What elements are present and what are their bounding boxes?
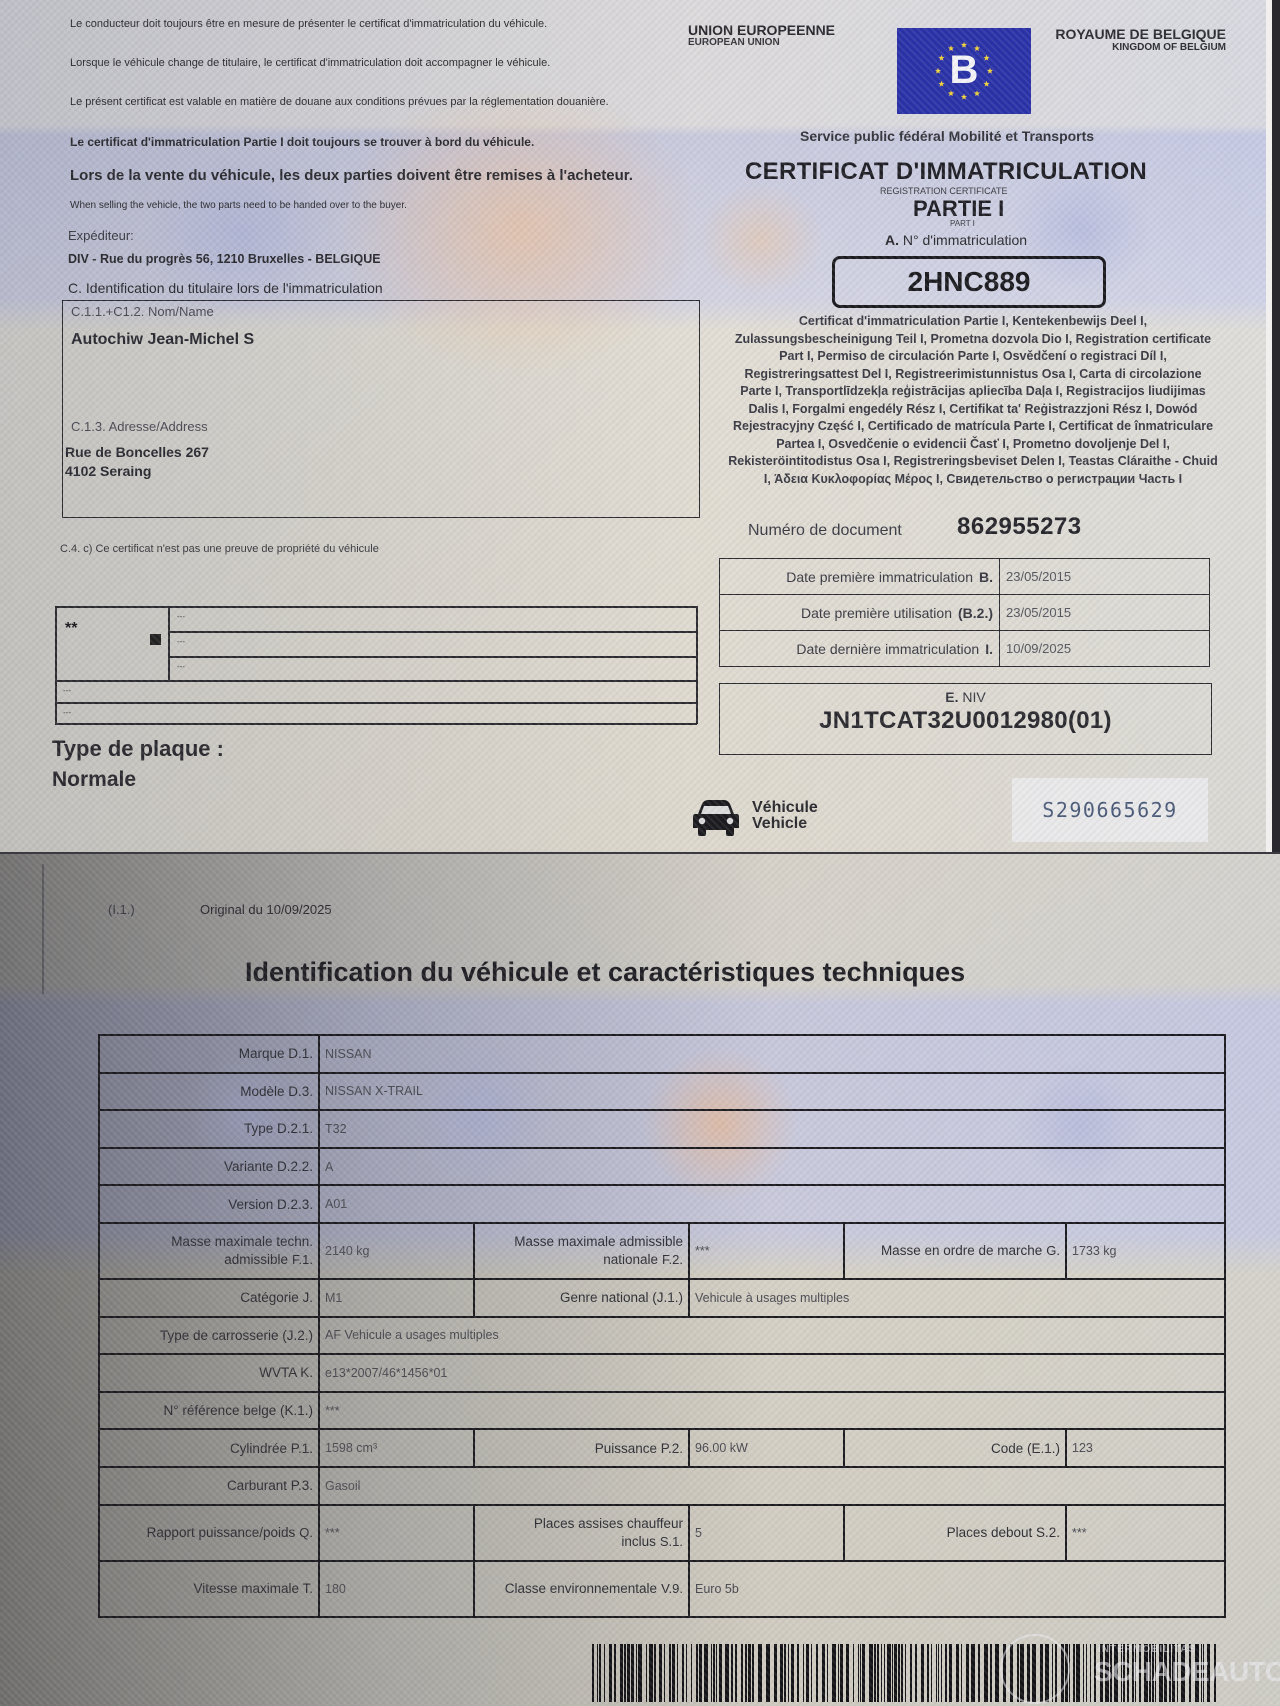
mass-running-value: 1733 kg xyxy=(1066,1223,1225,1279)
seats-value: 5 xyxy=(689,1505,844,1561)
power-weight-label: Rapport puissance/poidsQ. xyxy=(99,1505,319,1561)
issuing-service: Service public fédéral Mobilité et Trans… xyxy=(800,128,1094,144)
original-date: Original du 10/09/2025 xyxy=(200,902,332,917)
holder-address-label: C.1.3. Adresse/Address xyxy=(71,419,208,434)
grid-dash: --- xyxy=(177,612,185,621)
table-row: Marque D.1. NISSAN xyxy=(99,1035,1225,1073)
date-value: 10/09/2025 xyxy=(1000,631,1210,667)
date-label: Date dernière immatriculationI. xyxy=(720,631,1000,667)
date-label: Date première utilisation(B.2.) xyxy=(720,595,1000,631)
fuel-label: Carburant P.3. xyxy=(99,1467,319,1505)
type-value: T32 xyxy=(319,1110,1225,1148)
registration-plate-number: 2HNC889 xyxy=(832,256,1106,308)
date-value: 23/05/2015 xyxy=(1000,559,1210,595)
model-value: NISSAN X-TRAIL xyxy=(319,1073,1225,1111)
ownership-note: C.4. c) Ce certificat n'est pas une preu… xyxy=(60,543,379,555)
make-label: Marque D.1. xyxy=(99,1035,319,1073)
holder-box: C.1.1.+C1.2. Nom/Name Autochiw Jean-Mich… xyxy=(62,300,700,518)
max-speed-value: 180 xyxy=(319,1561,474,1617)
power-value: 96.00 kW xyxy=(689,1429,844,1467)
document-number-label: Numéro de document xyxy=(748,522,902,540)
date-value: 23/05/2015 xyxy=(1000,595,1210,631)
address-line2: 4102 Seraing xyxy=(65,462,209,481)
kingdom-header: ROYAUME DE BELGIQUE KINGDOM OF BELGIUM xyxy=(1055,26,1226,53)
annotation-grid: ** --- --- --- --- --- xyxy=(55,606,697,724)
grid-dash: --- xyxy=(63,686,71,695)
genre-label: Genre national (J.1.) xyxy=(474,1279,689,1317)
watermark-tag: INTERMOBILITAS xyxy=(1098,1644,1196,1655)
genre-value: Vehicule à usages multiples xyxy=(689,1279,1225,1317)
mass-tech-value: 2140 kg xyxy=(319,1223,474,1279)
standing-value: *** xyxy=(1066,1505,1225,1561)
plate-type-label: Type de plaque : xyxy=(52,736,224,762)
certificate-subtitle: REGISTRATION CERTIFICATE xyxy=(880,186,1008,196)
table-row: Vitesse maximale T. 180 Classe environne… xyxy=(99,1561,1225,1617)
date-row: Date dernière immatriculationI. 10/09/20… xyxy=(720,631,1210,667)
side-divider xyxy=(42,864,44,994)
eu-title: UNION EUROPEENNE xyxy=(688,22,835,38)
standing-label: Places debout S.2. xyxy=(844,1505,1066,1561)
technical-characteristics-sheet: (I.1.) Original du 10/09/2025 Identifica… xyxy=(0,852,1280,1706)
notice-sale-en: When selling the vehicle, the two parts … xyxy=(70,200,630,212)
body-type-label: Type de carrosserie (J.2.) xyxy=(99,1317,319,1355)
table-row: Version D.2.3. A01 xyxy=(99,1185,1225,1223)
holder-section-title: C. Identification du titulaire lors de l… xyxy=(68,280,383,296)
variant-value: A xyxy=(319,1148,1225,1186)
vin-box: E. NIV JN1TCAT32U0012980(01) xyxy=(719,683,1212,755)
car-icon xyxy=(692,798,740,838)
globe-icon xyxy=(1000,1634,1070,1704)
holder-name: Autochiw Jean-Michel S xyxy=(71,331,254,349)
vin-value: JN1TCAT32U0012980(01) xyxy=(720,707,1211,735)
variant-label: Variante D.2.2. xyxy=(99,1148,319,1186)
eu-subtitle: EUROPEAN UNION xyxy=(688,37,780,48)
holder-name-label: C.1.1.+C1.2. Nom/Name xyxy=(71,304,214,319)
displacement-value: 1598 cm³ xyxy=(319,1429,474,1467)
vin-label: E. NIV xyxy=(720,689,1211,705)
watermark-brand: SCHADEAUTOS.NL xyxy=(1094,1656,1280,1688)
mass-national-value: *** xyxy=(689,1223,844,1279)
document-number: 862955273 xyxy=(957,513,1082,541)
code-value: 123 xyxy=(1066,1429,1225,1467)
mass-running-label: Masse en ordre de marcheG. xyxy=(844,1223,1066,1279)
env-class-value: Euro 5b xyxy=(689,1561,1225,1617)
grid-stars: ** xyxy=(65,620,77,638)
grid-square-icon xyxy=(150,634,161,645)
multilingual-title-list: Certificat d'immatriculation Partie I, K… xyxy=(728,313,1218,488)
power-weight-value: *** xyxy=(319,1505,474,1561)
vehicle-label: Véhicule Vehicle xyxy=(752,800,818,832)
table-row: Modèle D.3. NISSAN X-TRAIL xyxy=(99,1073,1225,1111)
technical-table: Marque D.1. NISSAN Modèle D.3. NISSAN X-… xyxy=(98,1034,1226,1618)
category-label: Catégorie J. xyxy=(99,1279,319,1317)
table-row: WVTA K. e13*2007/46*1456*01 xyxy=(99,1354,1225,1392)
table-row: Masse maximale techn. admissibleF.1. 214… xyxy=(99,1223,1225,1279)
mass-national-label: Masse maximale admissible nationaleF.2. xyxy=(474,1223,689,1279)
notice-present-certificate: Le conducteur doit toujours être en mesu… xyxy=(70,18,630,30)
date-row: Date première immatriculationB. 23/05/20… xyxy=(720,559,1210,595)
technical-section-title: Identification du véhicule et caractéris… xyxy=(245,957,965,988)
date-label: Date première immatriculationB. xyxy=(720,559,1000,595)
seats-label: Places assises chauffeur inclusS.1. xyxy=(474,1505,689,1561)
table-row: N° référence belge (K.1.) *** xyxy=(99,1392,1225,1430)
holder-address: Rue de Boncelles 267 4102 Seraing xyxy=(65,443,209,481)
country-letter: B xyxy=(897,48,1031,92)
mass-tech-label: Masse maximale techn. admissibleF.1. xyxy=(99,1223,319,1279)
notice-customs: Le présent certificat est valable en mat… xyxy=(70,96,630,108)
make-value: NISSAN xyxy=(319,1035,1225,1073)
registration-label-text: N° d'immatriculation xyxy=(903,232,1027,248)
max-speed-label: Vitesse maximale T. xyxy=(99,1561,319,1617)
security-serial: S290665629 xyxy=(1012,778,1208,842)
sender-label: Expéditeur: xyxy=(68,228,134,243)
notice-on-board: Le certificat d'immatriculation Partie I… xyxy=(70,136,630,149)
version-value: A01 xyxy=(319,1185,1225,1223)
table-row: Rapport puissance/poidsQ. *** Places ass… xyxy=(99,1505,1225,1561)
belgian-ref-value: *** xyxy=(319,1392,1225,1430)
registration-dates-table: Date première immatriculationB. 23/05/20… xyxy=(719,558,1210,667)
belgian-ref-label: N° référence belge (K.1.) xyxy=(99,1392,319,1430)
eu-flag-b-icon: B xyxy=(897,28,1031,114)
address-line1: Rue de Boncelles 267 xyxy=(65,443,209,462)
power-label: Puissance P.2. xyxy=(474,1429,689,1467)
body-type-value: AF Vehicule a usages multiples xyxy=(319,1317,1225,1355)
registration-certificate-part1: Le conducteur doit toujours être en mesu… xyxy=(0,0,1272,852)
notice-change-holder: Lorsque le véhicule change de titulaire,… xyxy=(70,57,630,69)
grid-dash: --- xyxy=(177,662,185,671)
env-class-label: Classe environnementaleV.9. xyxy=(474,1561,689,1617)
type-label: Type D.2.1. xyxy=(99,1110,319,1148)
wvta-label: WVTA K. xyxy=(99,1354,319,1392)
fuel-value: Gasoil xyxy=(319,1467,1225,1505)
table-row: Variante D.2.2. A xyxy=(99,1148,1225,1186)
date-row: Date première utilisation(B.2.) 23/05/20… xyxy=(720,595,1210,631)
notice-sale: Lors de la vente du véhicule, les deux p… xyxy=(70,168,650,183)
grid-dash: --- xyxy=(63,708,71,717)
displacement-label: Cylindrée P.1. xyxy=(99,1429,319,1467)
kingdom-subtitle: KINGDOM OF BELGIUM xyxy=(1055,42,1226,53)
certificate-title: CERTIFICAT D'IMMATRICULATION xyxy=(745,158,1147,186)
registration-code: A. xyxy=(885,232,899,248)
part-subtitle: PART I xyxy=(950,219,975,228)
grid-dash: --- xyxy=(177,637,185,646)
reference-code: (I.1.) xyxy=(108,902,135,917)
table-row: Type D.2.1. T32 xyxy=(99,1110,1225,1148)
plate-type-value: Normale xyxy=(52,768,136,792)
category-value: M1 xyxy=(319,1279,474,1317)
kingdom-title: ROYAUME DE BELGIQUE xyxy=(1055,26,1226,42)
watermark-logo: INTERMOBILITAS SCHADEAUTOS.NL xyxy=(1000,1634,1270,1706)
table-row: Catégorie J. M1 Genre national (J.1.) Ve… xyxy=(99,1279,1225,1317)
code-label: Code (E.1.) xyxy=(844,1429,1066,1467)
table-row: Type de carrosserie (J.2.) AF Vehicule a… xyxy=(99,1317,1225,1355)
sender-address: DIV - Rue du progrès 56, 1210 Bruxelles … xyxy=(68,252,381,266)
model-label: Modèle D.3. xyxy=(99,1073,319,1111)
version-label: Version D.2.3. xyxy=(99,1185,319,1223)
wvta-value: e13*2007/46*1456*01 xyxy=(319,1354,1225,1392)
table-row: Cylindrée P.1. 1598 cm³ Puissance P.2. 9… xyxy=(99,1429,1225,1467)
registration-number-label: A. N° d'immatriculation xyxy=(885,232,1027,248)
table-row: Carburant P.3. Gasoil xyxy=(99,1467,1225,1505)
